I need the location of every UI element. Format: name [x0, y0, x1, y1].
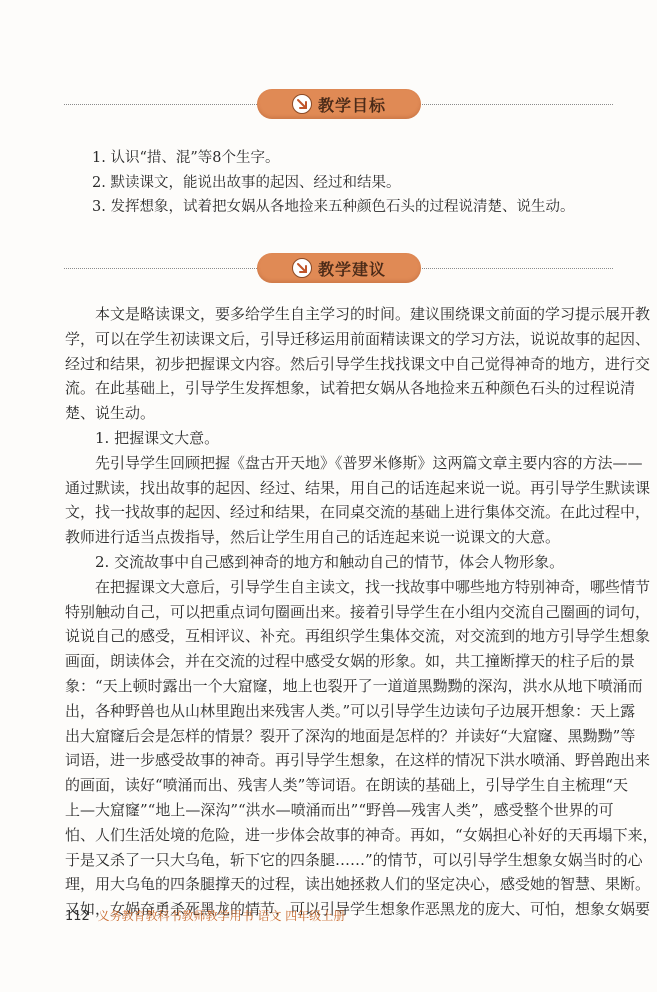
subheading: 1. 把握课文大意。 — [65, 426, 613, 451]
section-header-suggestions: 教学建议 — [64, 253, 613, 283]
text-line: 先引导学生回顾把握《盘古开天地》《普罗米修斯》这两篇文章主要内容的方法—— — [65, 451, 613, 476]
page-number: 112 — [65, 909, 90, 924]
text-line: 出，各种野兽也从山林里跑出来残害人类。”可以引导学生边读句子边展开想象：天上露 — [65, 699, 613, 724]
page-footer: 112 义务教育教科书教师教学用书 语文 四年级上册 — [65, 907, 345, 924]
list-item: 3. 发挥想象，试着把女娲从各地捡来五种颜色石头的过程说清楚、说生动。 — [92, 195, 612, 220]
text-line: 理，用大乌龟的四条腿撑天的过程，读出她拯救人们的坚定决心，感受她的智慧、果断。 — [65, 872, 613, 897]
text-line: 出大窟窿后会是怎样的情景？裂开了深沟的地面是怎样的？并读好“大窟窿、黑黝黝”等 — [65, 724, 613, 749]
arrow-down-right-icon — [292, 94, 312, 114]
text-line: 特别触动自己，可以把重点词句圈画出来。接着引导学生在小组内交流自己圈画的词句， — [65, 600, 613, 625]
text-line: 通过默读，找出故事的起因、经过、结果，用自己的话连起来说一说。再引导学生默读课 — [65, 476, 613, 501]
text-line: 上—大窟窿”“地上—深沟”“洪水—喷涌而出”“野兽—残害人类”，感受整个世界的可 — [65, 798, 613, 823]
list-item: 2. 默读课文，能说出故事的起因、经过和结果。 — [92, 171, 612, 196]
text-line: 经过和结果，初步把握课文内容。然后引导学生找找课文中自己觉得神奇的地方，进行交 — [65, 352, 613, 377]
text-line: 学，可以在学生初读课文后，引导迁移运用前面精读课文的学习方法，说说故事的起因、 — [65, 327, 613, 352]
section-badge: 教学建议 — [257, 253, 421, 283]
section-title: 教学目标 — [318, 93, 386, 116]
text-line: 本文是略读课文，要多给学生自主学习的时间。建议围绕课文前面的学习提示展开教 — [65, 302, 613, 327]
section-badge: 教学目标 — [257, 89, 421, 119]
text-line: 楚、说生动。 — [65, 401, 613, 426]
list-item: 1. 认识“措、混”等8个生字。 — [92, 146, 612, 171]
section-header-objectives: 教学目标 — [64, 89, 613, 119]
objectives-list: 1. 认识“措、混”等8个生字。 2. 默读课文，能说出故事的起因、经过和结果。… — [92, 146, 612, 220]
text-line: 流。在此基础上，引导学生发挥想象，试着把女娲从各地捡来五种颜色石头的过程说清 — [65, 376, 613, 401]
text-line: 于是又杀了一只大乌龟，斩下它的四条腿……”的情节，可以引导学生想象女娲当时的心 — [65, 848, 613, 873]
text-line: 画面，朗读体会，并在交流的过程中感受女娲的形象。如，共工撞断撑天的柱子后的景 — [65, 649, 613, 674]
book-title: 义务教育教科书教师教学用书 语文 四年级上册 — [98, 909, 346, 923]
text-line: 说说自己的感受，互相评议、补充。再组织学生集体交流，对交流到的地方引导学生想象 — [65, 624, 613, 649]
text-line: 怕、人们生活处境的危险，进一步体会故事的神奇。再如，“女娲担心补好的天再塌下来， — [65, 823, 613, 848]
text-line: 教师进行适当点拨指导，然后让学生用自己的话连起来说一说课文的大意。 — [65, 525, 613, 550]
text-line: 词语，进一步感受故事的神奇。再引导学生想象，在这样的情况下洪水喷涌、野兽跑出来 — [65, 748, 613, 773]
section-title: 教学建议 — [318, 257, 386, 280]
text-line: 文，找一找故事的起因、经过和结果，在同桌交流的基础上进行集体交流。在此过程中， — [65, 500, 613, 525]
text-line: 在把握课文大意后，引导学生自主读文，找一找故事中哪些地方特别神奇，哪些情节 — [65, 575, 613, 600]
suggestions-body: 本文是略读课文，要多给学生自主学习的时间。建议围绕课文前面的学习提示展开教 学，… — [65, 302, 613, 922]
arrow-down-right-icon — [292, 258, 312, 278]
text-line: 象：“天上顿时露出一个大窟窿，地上也裂开了一道道黑黝黝的深沟，洪水从地下喷涌而 — [65, 674, 613, 699]
text-line: 的画面，读好“喷涌而出、残害人类”等词语。在朗读的基础上，引导学生自主梳理“天 — [65, 773, 613, 798]
subheading: 2. 交流故事中自己感到神奇的地方和触动自己的情节，体会人物形象。 — [65, 550, 613, 575]
